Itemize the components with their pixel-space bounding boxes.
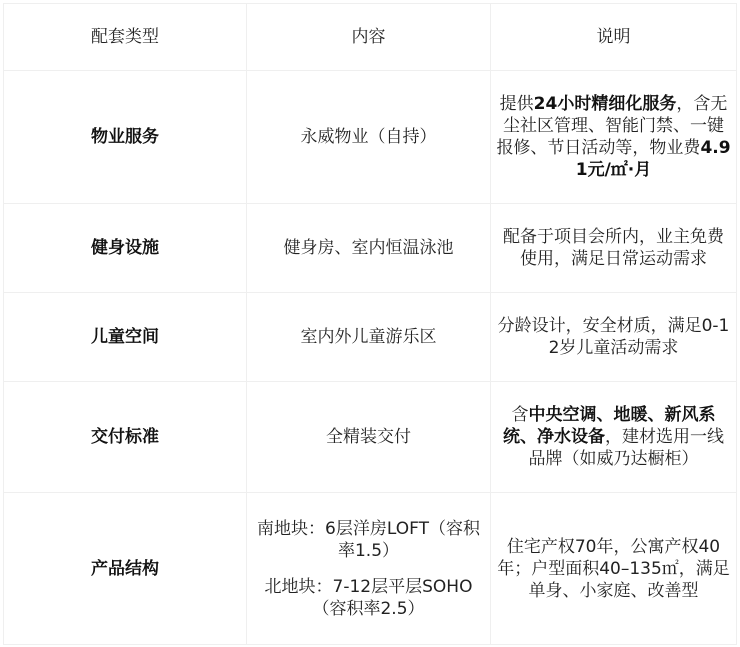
description-cell: 住宅产权70年，公寓产权40年；户型面积40–135㎡，满足单身、小家庭、改善型 <box>491 493 737 645</box>
table-row: 交付标准 全精装交付 含中央空调、地暖、新风系统、净水设备，建材选用一线品牌（如… <box>4 382 737 493</box>
content-text-south-plot: 南地块：6层洋房LOFT（容积率1.5） <box>251 518 486 562</box>
content-text: 健身房、室内恒温泳池 <box>251 237 486 259</box>
type-cell: 物业服务 <box>4 71 247 204</box>
header-type: 配套类型 <box>4 4 247 71</box>
table-row: 产品结构 南地块：6层洋房LOFT（容积率1.5） 北地块：7-12层平层SOH… <box>4 493 737 645</box>
description-text: 配备于项目会所内，业主免费使用，满足日常运动需求 <box>503 227 724 269</box>
header-description: 说明 <box>491 4 737 71</box>
description-highlight: 24小时精细化服务 <box>534 94 677 114</box>
description-text: 分龄设计，安全材质，满足0-12岁儿童活动需求 <box>498 316 730 358</box>
description-text: 提供 <box>500 94 534 114</box>
description-cell: 分龄设计，安全材质，满足0-12岁儿童活动需求 <box>491 293 737 382</box>
content-cell: 永威物业（自持） <box>247 71 491 204</box>
content-cell: 全精装交付 <box>247 382 491 493</box>
content-cell: 南地块：6层洋房LOFT（容积率1.5） 北地块：7-12层平层SOHO（容积率… <box>247 493 491 645</box>
type-cell: 儿童空间 <box>4 293 247 382</box>
description-cell: 配备于项目会所内，业主免费使用，满足日常运动需求 <box>491 204 737 293</box>
description-cell: 含中央空调、地暖、新风系统、净水设备，建材选用一线品牌（如威乃达橱柜） <box>491 382 737 493</box>
header-content: 内容 <box>247 4 491 71</box>
content-cell: 室内外儿童游乐区 <box>247 293 491 382</box>
content-text: 全精装交付 <box>251 426 486 448</box>
amenities-table: 配套类型 内容 说明 物业服务 永威物业（自持） 提供24小时精细化服务，含无尘… <box>3 3 737 645</box>
description-text: 住宅产权70年，公寓产权40年；户型面积40–135㎡，满足单身、小家庭、改善型 <box>497 537 730 601</box>
content-text: 室内外儿童游乐区 <box>251 326 486 348</box>
content-cell: 健身房、室内恒温泳池 <box>247 204 491 293</box>
description-cell: 提供24小时精细化服务，含无尘社区管理、智能门禁、一键报修、节日活动等，物业费4… <box>491 71 737 204</box>
table-row: 健身设施 健身房、室内恒温泳池 配备于项目会所内，业主免费使用，满足日常运动需求 <box>4 204 737 293</box>
type-cell: 产品结构 <box>4 493 247 645</box>
table-header-row: 配套类型 内容 说明 <box>4 4 737 71</box>
table-row: 儿童空间 室内外儿童游乐区 分龄设计，安全材质，满足0-12岁儿童活动需求 <box>4 293 737 382</box>
table-row: 物业服务 永威物业（自持） 提供24小时精细化服务，含无尘社区管理、智能门禁、一… <box>4 71 737 204</box>
type-cell: 健身设施 <box>4 204 247 293</box>
description-text: 含 <box>512 405 529 425</box>
content-text: 永威物业（自持） <box>251 126 486 148</box>
type-cell: 交付标准 <box>4 382 247 493</box>
content-text-north-plot: 北地块：7-12层平层SOHO（容积率2.5） <box>251 576 486 620</box>
